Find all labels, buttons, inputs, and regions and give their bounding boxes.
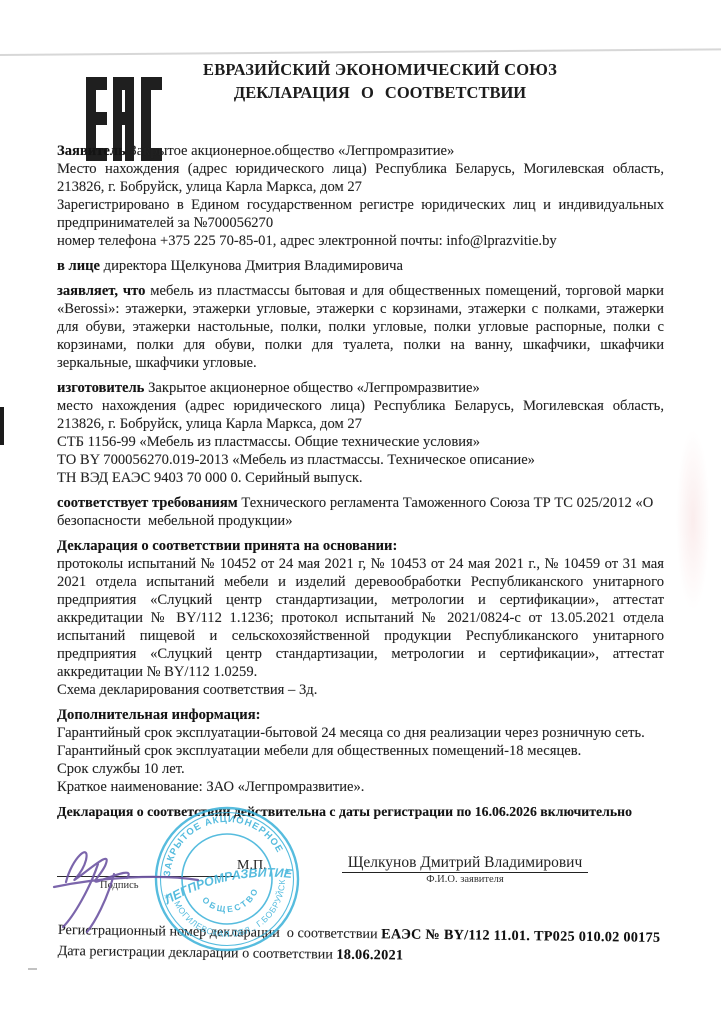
compliance-paragraph: соответствует требованиям Технического р… bbox=[57, 494, 664, 530]
scan-artifact-top-line bbox=[0, 48, 721, 55]
applicant-address: Место нахождения (адрес юридического лиц… bbox=[57, 160, 664, 196]
additional-line: Срок службы 10 лет. bbox=[57, 760, 664, 778]
representative-label: в лице bbox=[57, 258, 100, 274]
handwritten-signature bbox=[46, 830, 251, 943]
manufacturer-tnved: ТН ВЭД ЕАЭС 9403 70 000 0. Серийный выпу… bbox=[57, 469, 664, 487]
fio-block: Щелкунов Дмитрий Владимирович Ф.И.О. зая… bbox=[330, 854, 600, 885]
validity-text: Декларация о соответствии действительна … bbox=[57, 804, 632, 819]
manufacturer-label: изготовитель bbox=[57, 380, 144, 396]
compliance-section: соответствует требованиям Технического р… bbox=[57, 494, 664, 530]
representative-section: в лице директора Щелкунова Дмитрия Влади… bbox=[57, 257, 664, 275]
additional-line: Гарантийный срок эксплуатации мебели для… bbox=[57, 742, 664, 760]
representative-text: директора Щелкунова Дмитрия Владимирович… bbox=[104, 258, 403, 274]
signature-icon bbox=[46, 830, 251, 938]
applicant-fio: Щелкунов Дмитрий Владимирович bbox=[342, 854, 589, 873]
additional-title: Дополнительная информация: bbox=[57, 706, 664, 724]
document-title: ДЕКЛАРАЦИЯ О СООТВЕТСТВИИ bbox=[150, 83, 610, 103]
scan-artifact-smudge bbox=[676, 430, 710, 610]
additional-line: Гарантийный срок эксплуатации-бытовой 24… bbox=[57, 724, 664, 742]
additional-info-section: Дополнительная информация: Гарантийный с… bbox=[57, 706, 664, 796]
document-body: Заявитель Закрытое акционерное.общество … bbox=[57, 142, 664, 821]
applicant-contacts: номер телефона +375 225 70-85-01, адрес … bbox=[57, 232, 664, 250]
declaration-section: заявляет, что мебель из пластмассы бытов… bbox=[57, 282, 664, 372]
fio-caption: Ф.И.О. заявителя bbox=[330, 874, 600, 885]
basis-title: Декларация о соответствии принята на осн… bbox=[57, 537, 664, 555]
applicant-name: Закрытое акционерное.общество «Легпромра… bbox=[129, 143, 454, 159]
manufacturer-name: Закрытое акционерное общество «Легпромра… bbox=[148, 380, 480, 396]
additional-title-text: Дополнительная информация: bbox=[57, 707, 260, 723]
basis-section: Декларация о соответствии принята на осн… bbox=[57, 537, 664, 699]
scan-artifact-dash bbox=[28, 968, 37, 970]
declaration-paragraph: заявляет, что мебель из пластмассы бытов… bbox=[57, 282, 664, 372]
registration-date-row: Дата регистрации декларации о соответств… bbox=[58, 943, 661, 968]
manufacturer-name-line: изготовитель Закрытое акционерное общест… bbox=[57, 379, 664, 397]
basis-protocols: протоколы испытаний № 10452 от 24 мая 20… bbox=[57, 555, 664, 681]
document-header: ЕВРАЗИЙСКИЙ ЭКОНОМИЧЕСКИЙ СОЮЗ ДЕКЛАРАЦИ… bbox=[150, 60, 610, 103]
basis-title-text: Декларация о соответствии принята на осн… bbox=[57, 538, 397, 554]
declaration-text: мебель из пластмассы бытовая и для общес… bbox=[57, 283, 664, 371]
declaration-label: заявляет, что bbox=[57, 283, 145, 299]
basis-scheme: Схема декларирования соответствия – 3д. bbox=[57, 681, 664, 699]
registration-number-value: ЕАЭС № BY/112 11.01. ТР025 010.02 00175 bbox=[381, 926, 660, 946]
registration-date-value: 18.06.2021 bbox=[336, 947, 403, 964]
manufacturer-address: место нахождения (адрес юридического лиц… bbox=[57, 397, 664, 433]
declaration-document-page: ЕВРАЗИЙСКИЙ ЭКОНОМИЧЕСКИЙ СОЮЗ ДЕКЛАРАЦИ… bbox=[0, 0, 721, 1024]
scan-artifact-left-bar bbox=[0, 407, 4, 445]
compliance-label: соответствует требованиям bbox=[57, 495, 238, 511]
union-title: ЕВРАЗИЙСКИЙ ЭКОНОМИЧЕСКИЙ СОЮЗ bbox=[150, 60, 610, 80]
applicant-registration: Зарегистрировано в Едином государственно… bbox=[57, 196, 664, 232]
applicant-section: Заявитель Закрытое акционерное.общество … bbox=[57, 142, 664, 250]
manufacturer-to: ТО BY 700056270.019-2013 «Мебель из плас… bbox=[57, 451, 664, 469]
representative-line: в лице директора Щелкунова Дмитрия Влади… bbox=[57, 257, 664, 275]
manufacturer-stb: СТБ 1156-99 «Мебель из пластмассы. Общие… bbox=[57, 433, 664, 451]
applicant-name-line: Заявитель Закрытое акционерное.общество … bbox=[57, 142, 664, 160]
additional-line: Краткое наименование: ЗАО «Легпромразвит… bbox=[57, 778, 664, 796]
manufacturer-section: изготовитель Закрытое акционерное общест… bbox=[57, 379, 664, 487]
applicant-label: Заявитель bbox=[57, 143, 126, 159]
